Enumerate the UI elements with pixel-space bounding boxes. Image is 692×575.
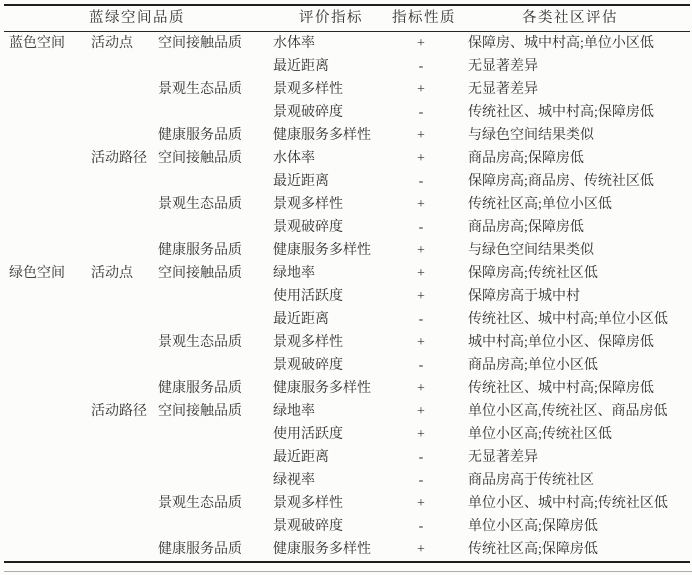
bottom-rule-divider: [4, 571, 692, 572]
sign-cell: +: [392, 124, 450, 147]
table-row: 景观生态品质景观多样性+城中村高;单位小区、保障房低: [4, 331, 690, 354]
evaluation-cell: 商品房高;保障房低: [450, 216, 690, 239]
quality-cell: 健康服务品质: [155, 239, 270, 262]
quality-cell: 景观生态品质: [155, 492, 270, 515]
space-cell: [4, 239, 88, 262]
indicator-cell: 景观破碎度: [270, 216, 392, 239]
activity-cell: [88, 193, 155, 216]
quality-cell: 健康服务品质: [155, 377, 270, 400]
table-row: 蓝色空间活动点空间接触品质水体率+保障房、城中村高;单位小区低: [4, 32, 690, 56]
sign-cell: +: [392, 262, 450, 285]
space-cell: [4, 400, 88, 423]
quality-cell: [155, 423, 270, 446]
table-row: 最近距离-传统社区、城中村高;单位小区低: [4, 308, 690, 331]
indicator-cell: 健康服务多样性: [270, 239, 392, 262]
quality-cell: [155, 170, 270, 193]
activity-cell: [88, 216, 155, 239]
table-row: 最近距离-无显著差异: [4, 446, 690, 469]
sign-cell: +: [392, 331, 450, 354]
sign-cell: -: [392, 446, 450, 469]
sign-cell: -: [392, 101, 450, 124]
sign-cell: -: [392, 515, 450, 538]
quality-cell: 景观生态品质: [155, 78, 270, 101]
quality-cell: [155, 216, 270, 239]
quality-cell: [155, 446, 270, 469]
activity-cell: [88, 515, 155, 538]
evaluation-cell: 单位小区高;传统社区低: [450, 423, 690, 446]
indicator-cell: 水体率: [270, 147, 392, 170]
indicator-cell: 景观破碎度: [270, 354, 392, 377]
header-evaluation: 各类社区评估: [450, 5, 690, 32]
activity-cell: [88, 78, 155, 101]
activity-cell: 活动点: [88, 262, 155, 285]
quality-cell: [155, 308, 270, 331]
evaluation-cell: 传统社区、城中村高;保障房低: [450, 101, 690, 124]
header-row: 蓝绿空间品质 评价指标 指标性质 各类社区评估: [4, 5, 690, 32]
indicator-cell: 景观破碎度: [270, 515, 392, 538]
indicator-cell: 景观多样性: [270, 78, 392, 101]
evaluation-cell: 商品房高;单位小区低: [450, 354, 690, 377]
space-cell: [4, 492, 88, 515]
activity-cell: [88, 101, 155, 124]
activity-cell: [88, 492, 155, 515]
evaluation-cell: 商品房高于传统社区: [450, 469, 690, 492]
activity-cell: [88, 308, 155, 331]
sign-cell: -: [392, 469, 450, 492]
indicator-cell: 最近距离: [270, 308, 392, 331]
header-indicator: 评价指标: [270, 5, 392, 32]
indicator-cell: 最近距离: [270, 170, 392, 193]
space-cell: [4, 331, 88, 354]
activity-cell: 活动点: [88, 32, 155, 56]
indicator-cell: 最近距离: [270, 446, 392, 469]
indicator-cell: 景观多样性: [270, 492, 392, 515]
activity-cell: [88, 124, 155, 147]
sign-cell: +: [392, 239, 450, 262]
table-row: 最近距离-保障房高;商品房、传统社区低: [4, 170, 690, 193]
table-row: 景观生态品质景观多样性+无显著差异: [4, 78, 690, 101]
table-row: 最近距离-无显著差异: [4, 55, 690, 78]
indicator-cell: 景观破碎度: [270, 101, 392, 124]
evaluation-cell: 单位小区、城中村高;传统社区低: [450, 492, 690, 515]
indicator-cell: 健康服务多样性: [270, 124, 392, 147]
activity-cell: [88, 170, 155, 193]
evaluation-cell: 与绿色空间结果类似: [450, 124, 690, 147]
quality-cell: 空间接触品质: [155, 32, 270, 56]
activity-cell: [88, 285, 155, 308]
activity-cell: [88, 538, 155, 562]
space-cell: [4, 193, 88, 216]
space-cell: [4, 308, 88, 331]
table-row: 景观生态品质景观多样性+传统社区高;单位小区低: [4, 193, 690, 216]
activity-cell: 活动路径: [88, 147, 155, 170]
evaluation-cell: 传统社区高;单位小区低: [450, 193, 690, 216]
table-row: 使用活跃度+保障房高于城中村: [4, 285, 690, 308]
evaluation-cell: 商品房高;保障房低: [450, 147, 690, 170]
header-group-quality: 蓝绿空间品质: [4, 5, 270, 32]
evaluation-cell: 单位小区高,传统社区、商品房低: [450, 400, 690, 423]
sign-cell: -: [392, 170, 450, 193]
indicator-cell: 使用活跃度: [270, 423, 392, 446]
evaluation-cell: 无显著差异: [450, 55, 690, 78]
indicator-cell: 最近距离: [270, 55, 392, 78]
quality-cell: [155, 515, 270, 538]
space-cell: 蓝色空间: [4, 32, 88, 56]
space-cell: [4, 78, 88, 101]
evaluation-cell: 保障房高;商品房、传统社区低: [450, 170, 690, 193]
sign-cell: +: [392, 492, 450, 515]
space-cell: [4, 423, 88, 446]
table-row: 健康服务品质健康服务多样性+与绿色空间结果类似: [4, 124, 690, 147]
quality-cell: [155, 469, 270, 492]
table-row: 景观破碎度-商品房高;单位小区低: [4, 354, 690, 377]
quality-cell: 景观生态品质: [155, 331, 270, 354]
space-cell: [4, 124, 88, 147]
evaluation-cell: 传统社区高;保障房低: [450, 538, 690, 562]
activity-cell: [88, 469, 155, 492]
activity-cell: [88, 239, 155, 262]
space-cell: [4, 101, 88, 124]
activity-cell: [88, 423, 155, 446]
indicator-cell: 绿视率: [270, 469, 392, 492]
sign-cell: -: [392, 216, 450, 239]
quality-cell: [155, 285, 270, 308]
table-row: 绿色空间活动点空间接触品质绿地率+保障房高;传统社区低: [4, 262, 690, 285]
evaluation-cell: 与绿色空间结果类似: [450, 239, 690, 262]
indicator-cell: 水体率: [270, 32, 392, 56]
table-row: 景观破碎度-传统社区、城中村高;保障房低: [4, 101, 690, 124]
space-cell: [4, 285, 88, 308]
space-cell: [4, 147, 88, 170]
evaluation-cell: 保障房高;传统社区低: [450, 262, 690, 285]
sign-cell: -: [392, 308, 450, 331]
quality-cell: [155, 101, 270, 124]
table-row: 活动路径空间接触品质绿地率+单位小区高,传统社区、商品房低: [4, 400, 690, 423]
indicator-cell: 景观多样性: [270, 193, 392, 216]
table-row: 使用活跃度+单位小区高;传统社区低: [4, 423, 690, 446]
header-nature: 指标性质: [392, 5, 450, 32]
space-cell: [4, 377, 88, 400]
space-cell: 绿色空间: [4, 262, 88, 285]
sign-cell: +: [392, 32, 450, 56]
space-cell: [4, 469, 88, 492]
sign-cell: -: [392, 55, 450, 78]
activity-cell: 活动路径: [88, 400, 155, 423]
evaluation-cell: 无显著差异: [450, 446, 690, 469]
evaluation-cell: 城中村高;单位小区、保障房低: [450, 331, 690, 354]
quality-cell: [155, 354, 270, 377]
evaluation-cell: 保障房高于城中村: [450, 285, 690, 308]
evaluation-cell: 保障房、城中村高;单位小区低: [450, 32, 690, 56]
quality-cell: 景观生态品质: [155, 193, 270, 216]
sign-cell: +: [392, 423, 450, 446]
evaluation-cell: 传统社区、城中村高;保障房低: [450, 377, 690, 400]
table-row: 健康服务品质健康服务多样性+与绿色空间结果类似: [4, 239, 690, 262]
indicator-cell: 使用活跃度: [270, 285, 392, 308]
sign-cell: +: [392, 78, 450, 101]
document-page: 蓝绿空间品质 评价指标 指标性质 各类社区评估 蓝色空间活动点空间接触品质水体率…: [0, 0, 692, 572]
table-row: 活动路径空间接触品质水体率+商品房高;保障房低: [4, 147, 690, 170]
indicator-cell: 绿地率: [270, 400, 392, 423]
evaluation-cell: 单位小区高;保障房低: [450, 515, 690, 538]
sign-cell: +: [392, 377, 450, 400]
activity-cell: [88, 331, 155, 354]
quality-cell: 空间接触品质: [155, 262, 270, 285]
table-row: 健康服务品质健康服务多样性+传统社区、城中村高;保障房低: [4, 377, 690, 400]
sign-cell: +: [392, 147, 450, 170]
quality-cell: 健康服务品质: [155, 124, 270, 147]
space-cell: [4, 538, 88, 562]
sign-cell: -: [392, 354, 450, 377]
table-row: 景观生态品质景观多样性+单位小区、城中村高;传统社区低: [4, 492, 690, 515]
table-row: 景观破碎度-单位小区高;保障房低: [4, 515, 690, 538]
table-row: 景观破碎度-商品房高;保障房低: [4, 216, 690, 239]
quality-cell: 空间接触品质: [155, 400, 270, 423]
sign-cell: +: [392, 538, 450, 562]
quality-cell: 健康服务品质: [155, 538, 270, 562]
space-cell: [4, 446, 88, 469]
indicator-cell: 景观多样性: [270, 331, 392, 354]
space-cell: [4, 354, 88, 377]
table-row: 绿视率-商品房高于传统社区: [4, 469, 690, 492]
activity-cell: [88, 377, 155, 400]
indicator-cell: 绿地率: [270, 262, 392, 285]
sign-cell: +: [392, 285, 450, 308]
blue-green-space-evaluation-table: 蓝绿空间品质 评价指标 指标性质 各类社区评估 蓝色空间活动点空间接触品质水体率…: [4, 4, 690, 563]
activity-cell: [88, 446, 155, 469]
quality-cell: [155, 55, 270, 78]
table-row: 健康服务品质健康服务多样性+传统社区高;保障房低: [4, 538, 690, 562]
evaluation-cell: 传统社区、城中村高;单位小区低: [450, 308, 690, 331]
indicator-cell: 健康服务多样性: [270, 377, 392, 400]
space-cell: [4, 170, 88, 193]
activity-cell: [88, 354, 155, 377]
sign-cell: +: [392, 400, 450, 423]
space-cell: [4, 55, 88, 78]
evaluation-cell: 无显著差异: [450, 78, 690, 101]
quality-cell: 空间接触品质: [155, 147, 270, 170]
indicator-cell: 健康服务多样性: [270, 538, 392, 562]
space-cell: [4, 216, 88, 239]
space-cell: [4, 515, 88, 538]
sign-cell: +: [392, 193, 450, 216]
activity-cell: [88, 55, 155, 78]
